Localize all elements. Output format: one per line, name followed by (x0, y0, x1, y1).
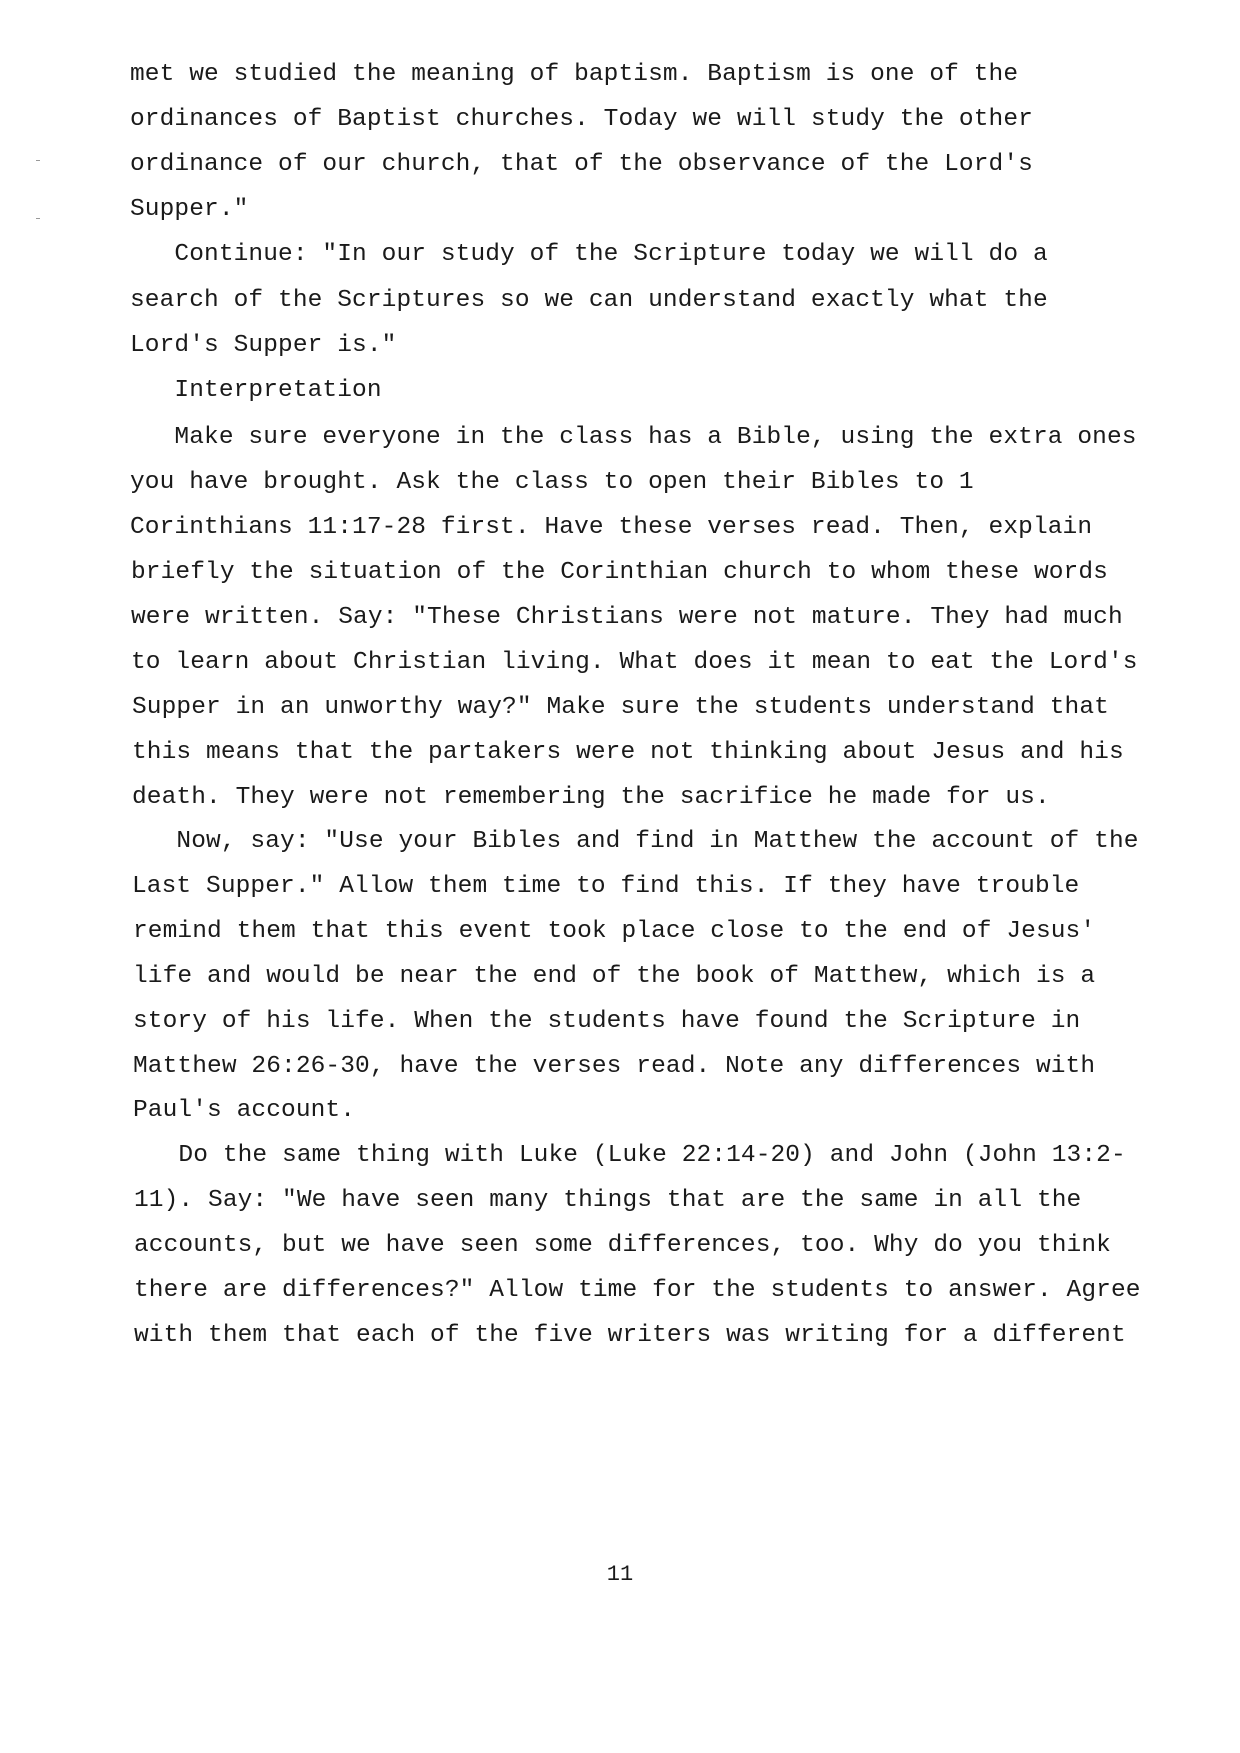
text-line: Matthew 26:26-30, have the verses read. … (133, 1055, 1095, 1080)
text-line: accounts, but we have seen some differen… (134, 1234, 1111, 1259)
text-line: Supper in an unworthy way?" Make sure th… (132, 696, 1109, 721)
text-line: with them that each of the five writers … (134, 1324, 1126, 1349)
text-line: to learn about Christian living. What do… (131, 651, 1138, 676)
scan-mark (36, 160, 40, 161)
text-line: Now, say: "Use your Bibles and find in M… (132, 830, 1139, 855)
text-line: Paul's account. (133, 1099, 355, 1124)
text-line: Lord's Supper is." (130, 334, 396, 359)
text-line: met we studied the meaning of baptism. B… (130, 63, 1018, 88)
text-line: were written. Say: "These Christians wer… (131, 606, 1123, 631)
text-line: search of the Scriptures so we can under… (130, 289, 1048, 314)
document-page: met we studied the meaning of baptism. B… (0, 0, 1240, 1753)
text-line: you have brought. Ask the class to open … (130, 471, 974, 496)
text-line: story of his life. When the students hav… (133, 1010, 1080, 1035)
text-line: remind them that this event took place c… (133, 920, 1095, 945)
text-line: Interpretation (130, 379, 382, 404)
text-line: life and would be near the end of the bo… (133, 965, 1095, 990)
text-line: Continue: "In our study of the Scripture… (130, 243, 1048, 268)
scan-mark (36, 218, 40, 219)
text-line: briefly the situation of the Corinthian … (131, 561, 1108, 586)
text-line: Corinthians 11:17-28 first. Have these v… (130, 516, 1092, 541)
text-line: ordinance of our church, that of the obs… (130, 153, 1033, 178)
text-line: this means that the partakers were not t… (132, 741, 1124, 766)
text-line: there are differences?" Allow time for t… (134, 1279, 1141, 1304)
text-line: Do the same thing with Luke (Luke 22:14-… (134, 1144, 1126, 1169)
text-line: Supper." (130, 198, 248, 223)
text-line: ordinances of Baptist churches. Today we… (130, 108, 1033, 133)
text-line: Make sure everyone in the class has a Bi… (130, 426, 1137, 451)
text-line: death. They were not remembering the sac… (132, 786, 1050, 811)
text-line: Last Supper." Allow them time to find th… (132, 875, 1079, 900)
page-number: 11 (0, 1562, 1240, 1587)
text-line: 11). Say: "We have seen many things that… (134, 1189, 1081, 1214)
